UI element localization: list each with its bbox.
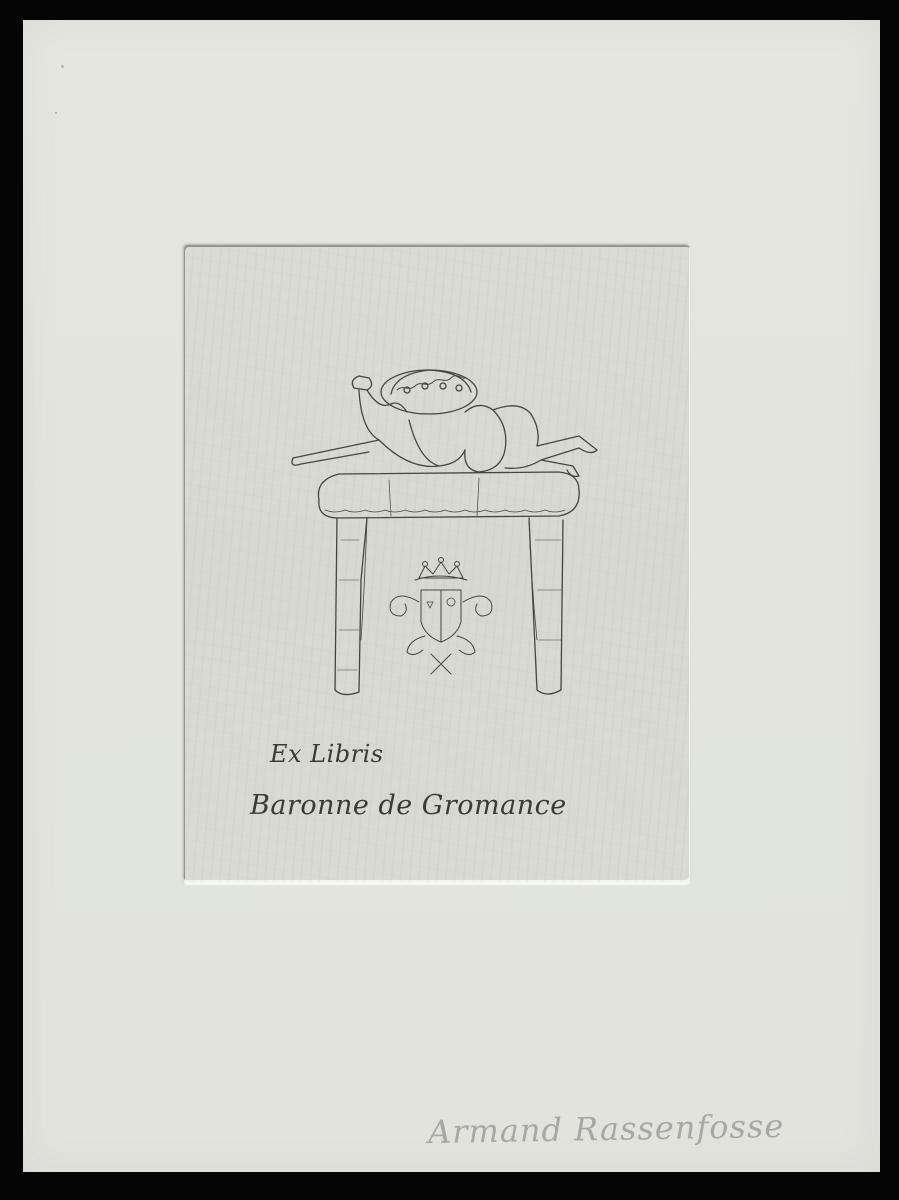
ex-libris-inscription: Ex Libris xyxy=(270,740,384,768)
foxing-spot xyxy=(61,65,64,68)
foxing-spot xyxy=(55,112,57,114)
flowered-hat-icon xyxy=(381,370,477,414)
coat-of-arms-icon xyxy=(390,558,492,675)
owner-inscription: Baronne de Gromance xyxy=(250,790,567,821)
artist-pencil-signature: Armand Rassenfosse xyxy=(428,1107,785,1151)
stool-icon xyxy=(318,472,579,695)
plate-mark: Ex Libris Baronne de Gromance xyxy=(184,245,690,882)
figures-icon xyxy=(292,376,597,476)
paper-sheet: Ex Libris Baronne de Gromance Armand Ras… xyxy=(23,20,880,1172)
etched-illustration xyxy=(279,340,619,710)
